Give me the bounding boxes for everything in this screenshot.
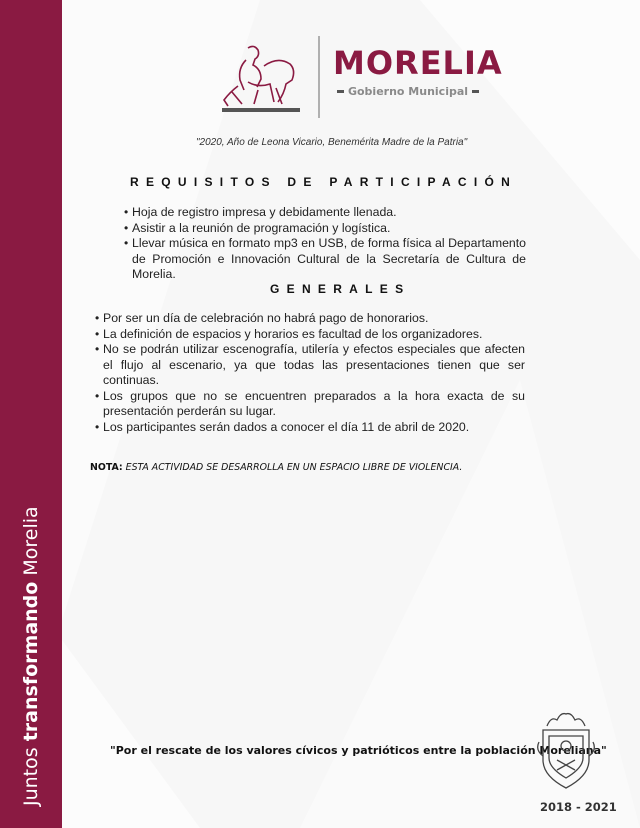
generales-heading: GENERALES	[270, 282, 410, 296]
list-item: Llevar música en formato mp3 en USB, de …	[124, 236, 526, 283]
requisitos-list: Hoja de registro impresa y debidamente l…	[124, 205, 526, 283]
list-item: Hoja de registro impresa y debidamente l…	[124, 205, 526, 221]
nota-label: NOTA:	[90, 462, 123, 473]
logo-subtitle-text: Gobierno Municipal	[348, 85, 468, 98]
slogan-prefix: Juntos	[20, 747, 42, 806]
requisitos-heading: REQUISITOS DE PARTICIPACIÓN	[130, 175, 517, 189]
list-item: Asistir a la reunión de programación y l…	[124, 221, 526, 237]
coat-of-arms-icon	[535, 712, 597, 794]
list-item: Por ser un día de celebración no habrá p…	[95, 311, 525, 327]
list-item: Los participantes serán dados a conocer …	[95, 420, 525, 436]
list-item: Los grupos que no se encuentren preparad…	[95, 389, 525, 420]
list-item: La definición de espacios y horarios es …	[95, 327, 525, 343]
footer-quote: "Por el rescate de los valores cívicos y…	[110, 744, 607, 757]
list-item: No se podrán utilizar escenografía, util…	[95, 342, 525, 389]
logo-subtitle: Gobierno Municipal	[333, 85, 483, 98]
years: 2018 - 2021	[540, 800, 617, 814]
generales-list: Por ser un día de celebración no habrá p…	[95, 311, 525, 435]
nota: NOTA: ESTA ACTIVIDAD SE DESARROLLA EN UN…	[90, 462, 462, 473]
horseman-statue-icon	[218, 42, 302, 116]
slogan-bold: transformando	[20, 582, 42, 742]
sidebar-slogan: Juntos transformando Morelia	[20, 506, 42, 806]
nota-text: ESTA ACTIVIDAD SE DESARROLLA EN UN ESPAC…	[126, 462, 463, 473]
motto: "2020, Año de Leona Vicario, Benemérita …	[196, 137, 467, 148]
dash-left	[337, 90, 344, 93]
dash-right	[472, 90, 479, 93]
slogan-suffix: Morelia	[20, 506, 42, 575]
logo-divider	[318, 36, 320, 118]
logo-title: MORELIA	[333, 44, 503, 82]
